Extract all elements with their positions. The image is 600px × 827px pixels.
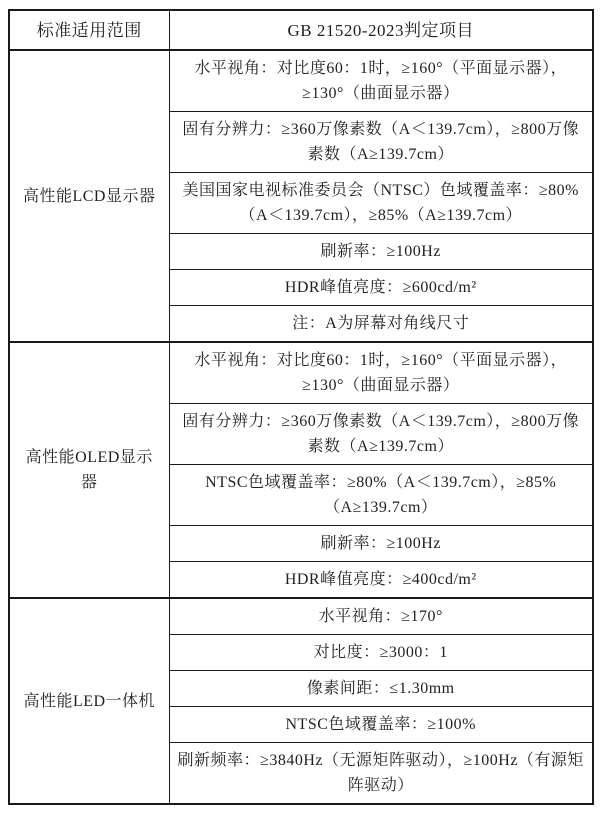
- table-row: 高性能LCD显示器水平视角：对比度60：1时，≥160°（平面显示器），≥130…: [9, 50, 593, 112]
- criteria-item-cell: 固有分辨力：≥360万像素数（A＜139.7cm），≥800万像素数（A≥139…: [169, 404, 593, 465]
- table-body: 高性能LCD显示器水平视角：对比度60：1时，≥160°（平面显示器），≥130…: [9, 50, 593, 804]
- table-row: 高性能LED一体机水平视角：≥170°: [9, 598, 593, 635]
- criteria-item-cell: 刷新率：≥100Hz: [169, 234, 593, 270]
- header-items-cell: GB 21520-2023判定项目: [169, 10, 593, 50]
- header-scope-cell: 标准适用范围: [9, 10, 169, 50]
- standard-criteria-table: 标准适用范围 GB 21520-2023判定项目 高性能LCD显示器水平视角：对…: [8, 9, 594, 805]
- criteria-item-cell: 水平视角：≥170°: [169, 598, 593, 635]
- table-header-row: 标准适用范围 GB 21520-2023判定项目: [9, 10, 593, 50]
- criteria-item-cell: NTSC色域覆盖率：≥100%: [169, 707, 593, 743]
- criteria-item-cell: 水平视角：对比度60：1时，≥160°（平面显示器），≥130°（曲面显示器）: [169, 342, 593, 404]
- criteria-item-cell: HDR峰值亮度：≥600cd/m²: [169, 270, 593, 306]
- scope-cell: 高性能LCD显示器: [9, 50, 169, 342]
- criteria-item-cell: NTSC色域覆盖率：≥80%（A＜139.7cm），≥85%（A≥139.7cm…: [169, 465, 593, 526]
- scope-cell: 高性能LED一体机: [9, 598, 169, 804]
- criteria-item-cell: 刷新率：≥100Hz: [169, 526, 593, 562]
- criteria-item-cell: 固有分辨力：≥360万像素数（A＜139.7cm），≥800万像素数（A≥139…: [169, 112, 593, 173]
- document-page: 标准适用范围 GB 21520-2023判定项目 高性能LCD显示器水平视角：对…: [0, 0, 600, 827]
- criteria-item-cell: 刷新频率：≥3840Hz（无源矩阵驱动），≥100Hz（有源矩阵驱动）: [169, 743, 593, 805]
- criteria-item-cell: 像素间距：≤1.30mm: [169, 671, 593, 707]
- criteria-item-cell: 水平视角：对比度60：1时，≥160°（平面显示器），≥130°（曲面显示器）: [169, 50, 593, 112]
- scope-cell: 高性能OLED显示器: [9, 342, 169, 598]
- criteria-item-cell: 美国国家电视标准委员会（NTSC）色域覆盖率：≥80%（A＜139.7cm），≥…: [169, 173, 593, 234]
- criteria-item-cell: 对比度：≥3000：1: [169, 635, 593, 671]
- criteria-item-cell: 注：A为屏幕对角线尺寸: [169, 306, 593, 343]
- criteria-item-cell: HDR峰值亮度：≥400cd/m²: [169, 562, 593, 599]
- table-row: 高性能OLED显示器水平视角：对比度60：1时，≥160°（平面显示器），≥13…: [9, 342, 593, 404]
